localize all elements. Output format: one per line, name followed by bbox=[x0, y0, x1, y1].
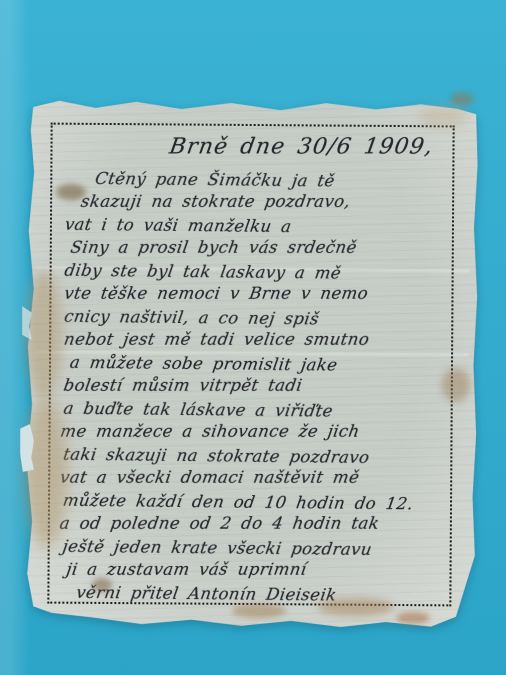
letter-text: Brně dne 30/6 1909, Ctěný pane Šimáčku j… bbox=[54, 131, 449, 602]
letter-line: nebot jest mě tadi velice smutno bbox=[62, 328, 450, 351]
letter-line: skazuji na stokrate pozdravo, bbox=[79, 190, 451, 213]
letter-paper: Brně dne 30/6 1909, Ctěný pane Šimáčku j… bbox=[24, 98, 480, 629]
photo-background: Brně dne 30/6 1909, Ctěný pane Šimáčku j… bbox=[0, 0, 506, 675]
letter-line: bolestí můsim vitrpět tadi bbox=[62, 374, 450, 397]
letter-date: Brně dne 30/6 1909, bbox=[167, 131, 452, 163]
paper-sheet: Brně dne 30/6 1909, Ctěný pane Šimáčku j… bbox=[24, 98, 480, 629]
letter-line: me manžece a sihovance že jich bbox=[59, 420, 450, 443]
letter-line: a od poledne od 2 do 4 hodin tak bbox=[58, 512, 449, 535]
letter-line: vte těške nemoci v Brne v nemo bbox=[63, 282, 451, 305]
letter-line: vat a všecki domaci naštěvit mě bbox=[58, 466, 449, 489]
letter-line: ji a zustavam váš uprimní bbox=[65, 558, 449, 581]
signature-line: věrni přitel Antonín Dieiseik bbox=[75, 581, 448, 608]
letter-line: Siny a prosil bych vás srdečně bbox=[69, 236, 451, 259]
